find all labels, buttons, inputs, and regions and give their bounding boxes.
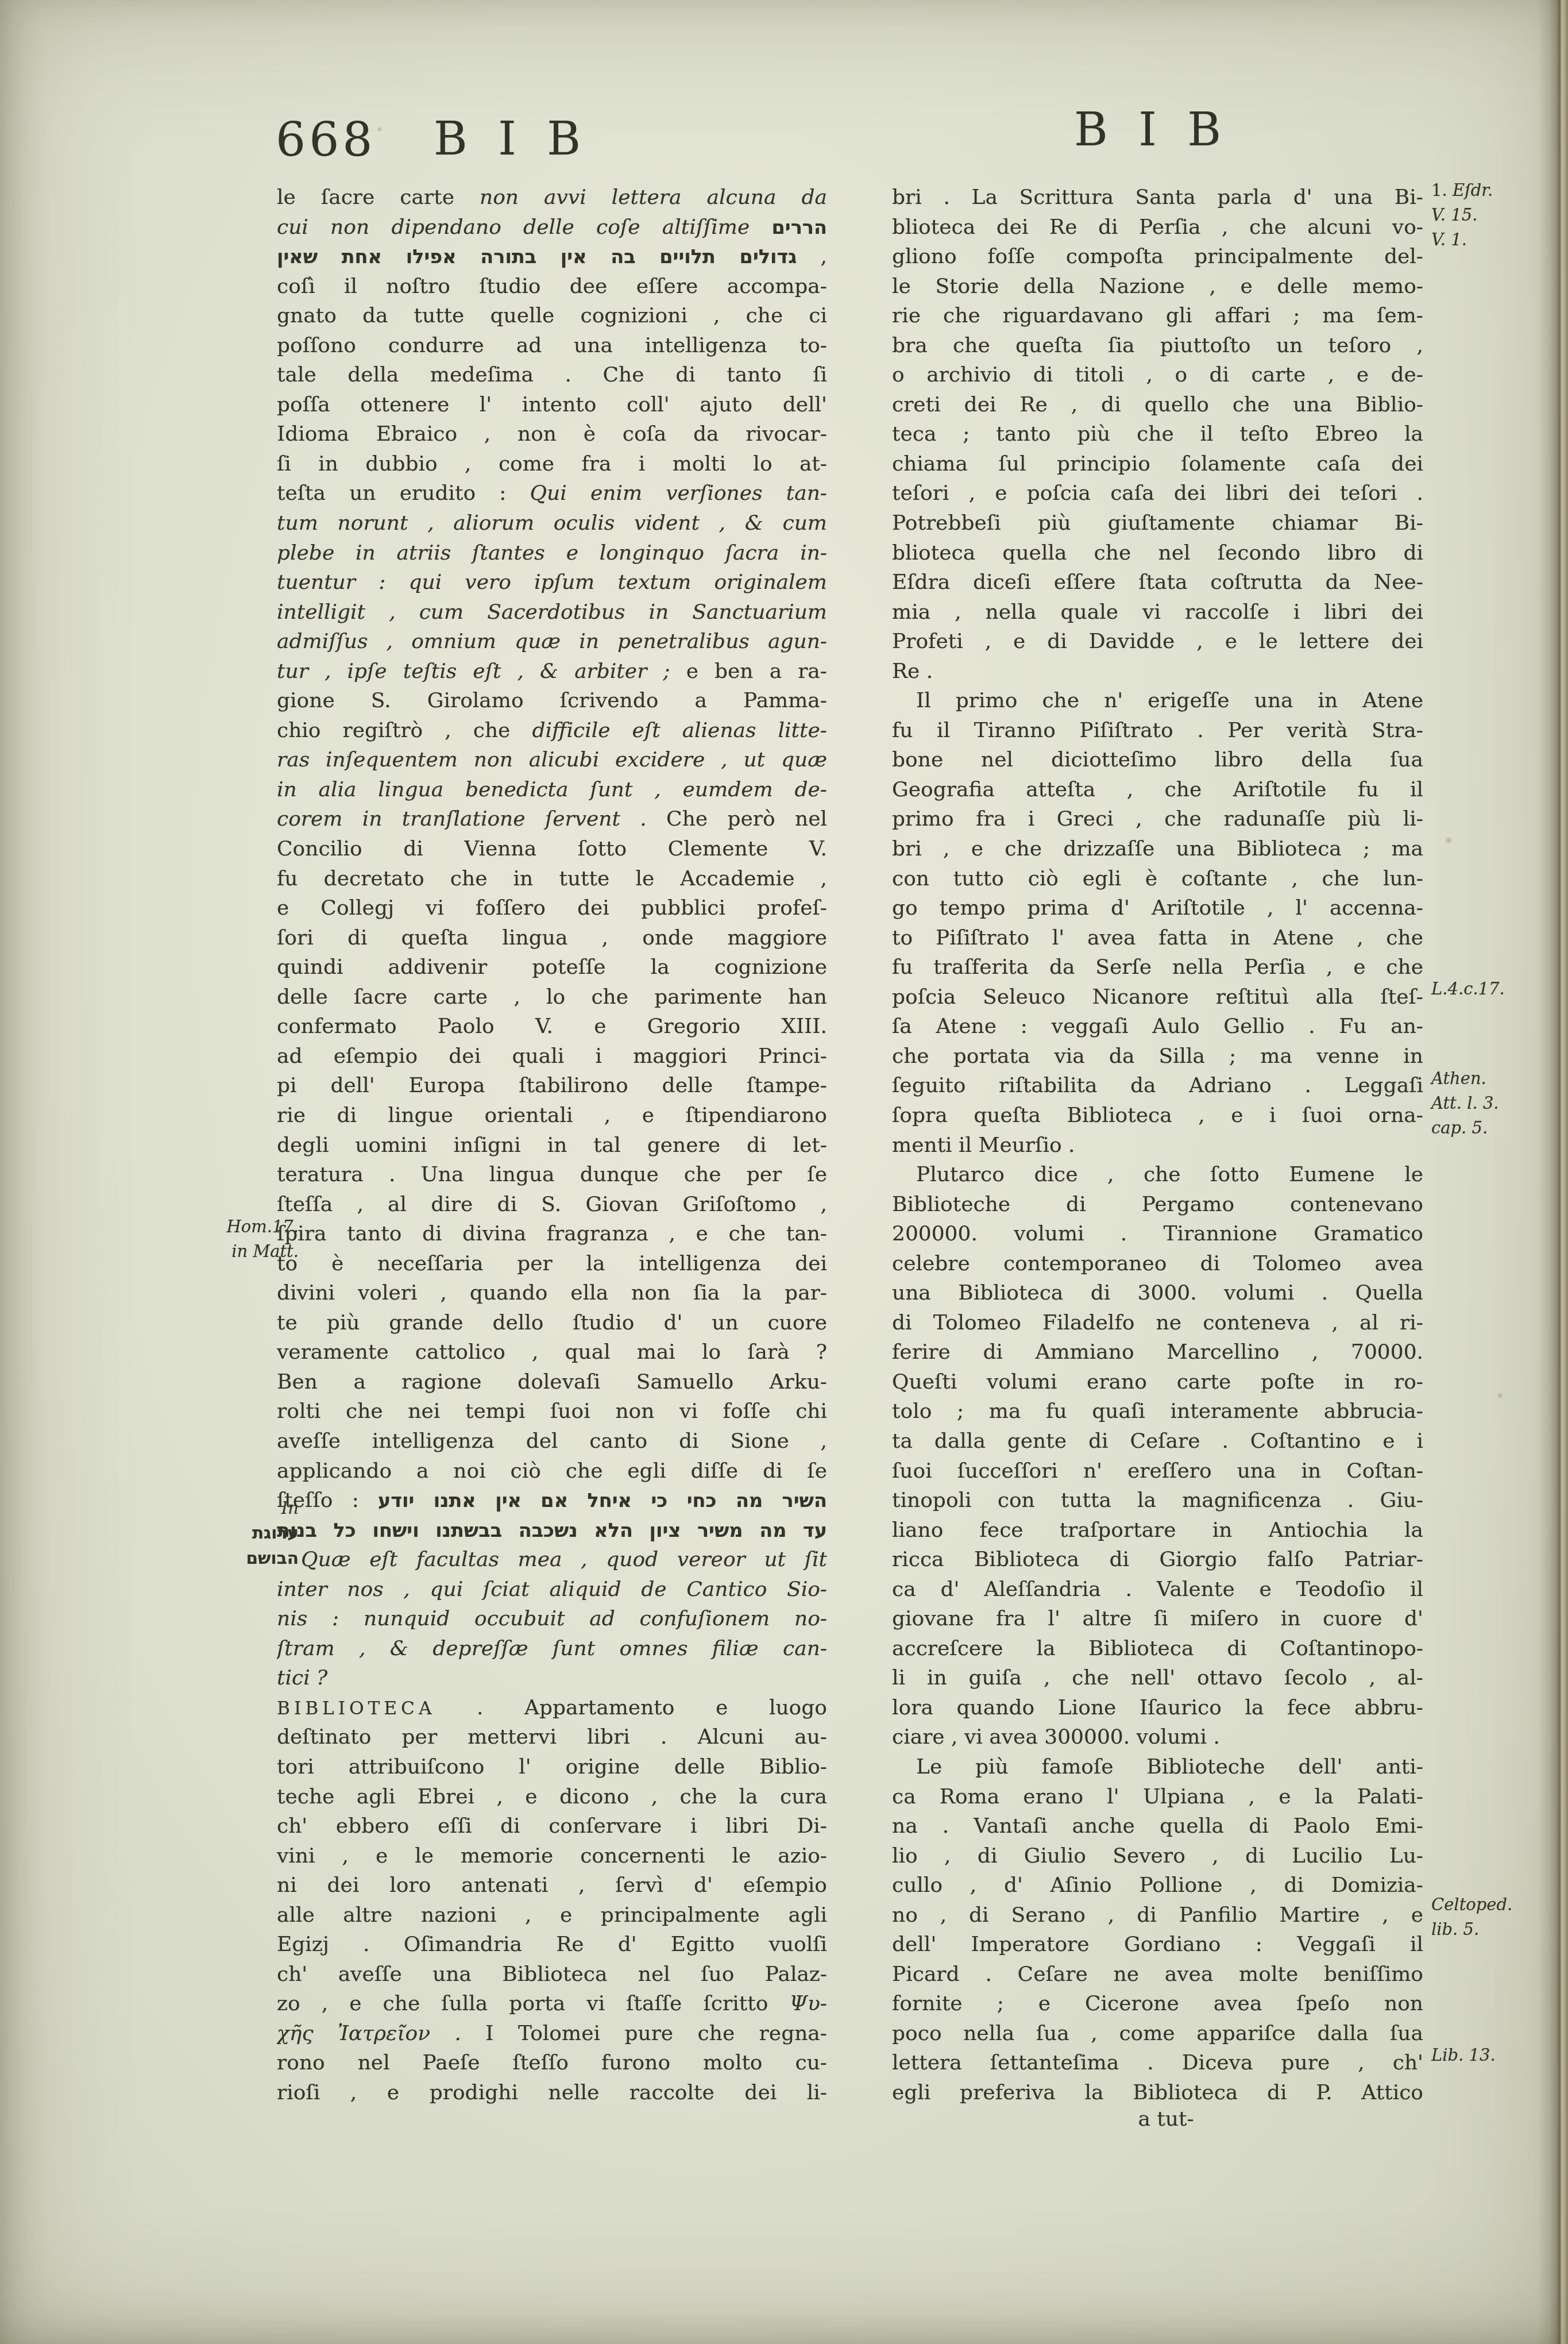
page-number: 668 bbox=[276, 117, 376, 164]
running-header-left: B I B bbox=[425, 116, 597, 162]
catchword: a tut- bbox=[1080, 2107, 1252, 2131]
page-edge bbox=[1538, 0, 1568, 2344]
foxing-stain bbox=[1497, 1393, 1504, 1399]
foxing-stain bbox=[1444, 836, 1453, 844]
left-text-column: le ſacre carte non avvi lettera alcuna d… bbox=[277, 183, 827, 2108]
right-text-column: bri . La Scrittura Santa parla d' una Bi… bbox=[892, 183, 1423, 2108]
foxing-stain bbox=[377, 126, 383, 132]
book-page-scan: { "page": { "number": "668", "header_lef… bbox=[0, 0, 1568, 2344]
running-header-right: B I B bbox=[1065, 107, 1238, 153]
